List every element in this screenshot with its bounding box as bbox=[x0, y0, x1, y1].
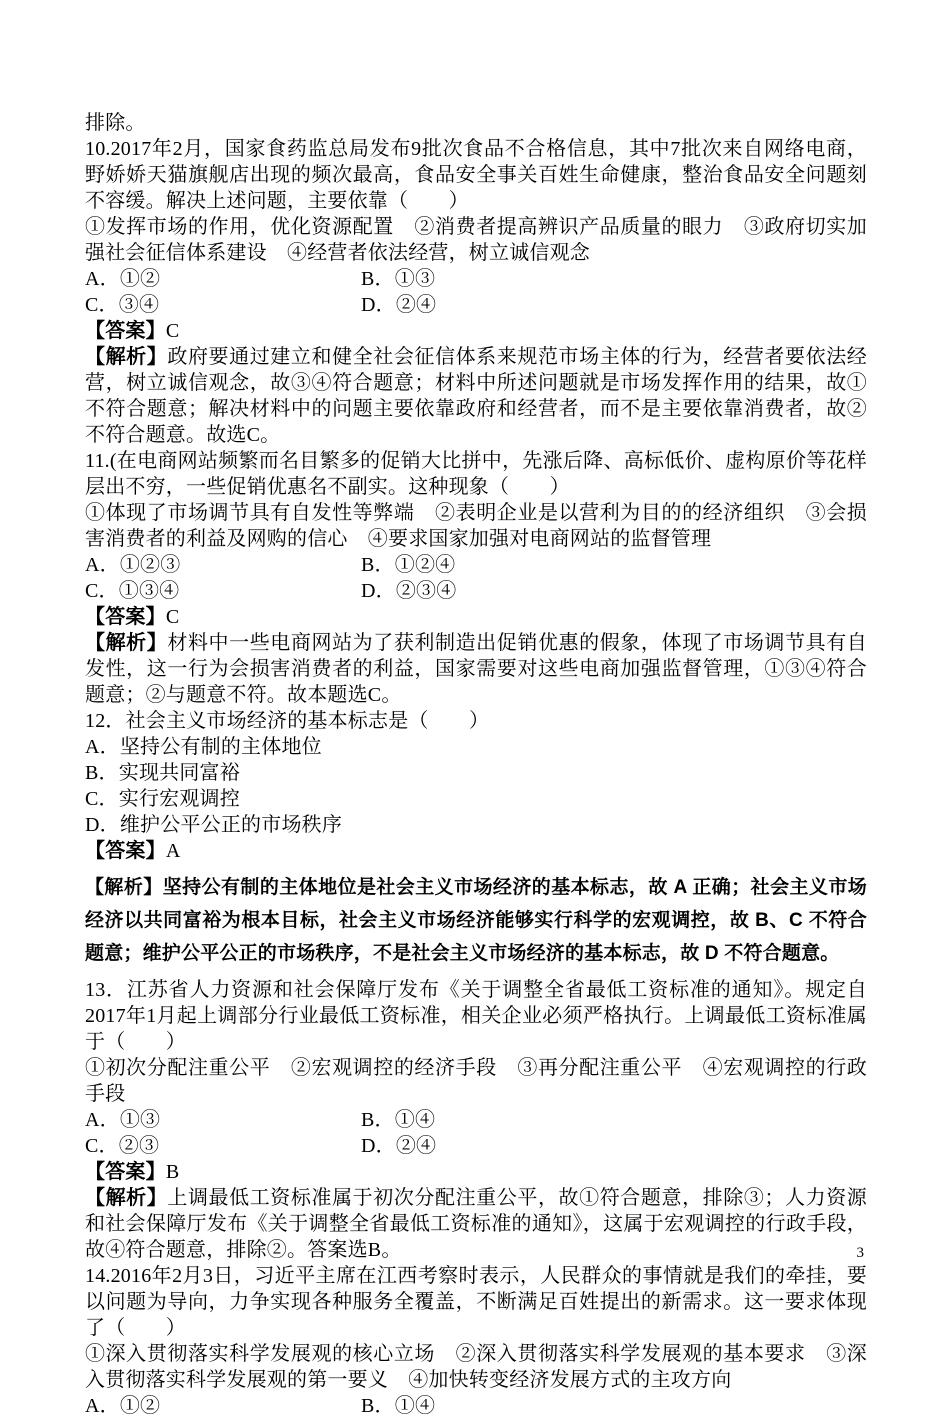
analysis-label: 【解析】 bbox=[85, 1187, 167, 1209]
question-13-option-a: A．①③ bbox=[85, 1107, 361, 1133]
analysis-label: 【解析】 bbox=[85, 632, 167, 654]
question-10-option-a: A．①② bbox=[85, 266, 361, 292]
question-11-answer-line: 【答案】C bbox=[85, 604, 867, 630]
question-11-option-c: C．①③④ bbox=[85, 578, 361, 604]
question-13-answer-line: 【答案】B bbox=[85, 1159, 867, 1185]
question-10-items: ①发挥市场的作用，优化资源配置 ②消费者提高辨识产品质量的眼力 ③政府切实加强社… bbox=[85, 214, 867, 266]
question-13-option-row-1: A．①③ B．①④ bbox=[85, 1107, 867, 1133]
question-11-option-a: A．①②③ bbox=[85, 552, 361, 578]
question-10-answer-line: 【答案】C bbox=[85, 318, 867, 344]
page-number: 3 bbox=[857, 1244, 865, 1262]
question-10-option-c: C．③④ bbox=[85, 292, 361, 318]
question-11-option-row-2: C．①③④ D．②③④ bbox=[85, 578, 867, 604]
question-13-stem: 13．江苏省人力资源和社会保障厅发布《关于调整全省最低工资标准的通知》。规定自2… bbox=[85, 977, 867, 1055]
question-13-answer: B bbox=[166, 1161, 180, 1183]
question-11-analysis-line: 【解析】材料中一些电商网站为了获利制造出促销优惠的假象，体现了市场调节具有自发性… bbox=[85, 630, 867, 708]
answer-label: 【答案】 bbox=[85, 320, 166, 342]
question-11-answer: C bbox=[166, 606, 180, 628]
analysis-label: 【解析】 bbox=[85, 877, 163, 898]
document-page: 排除。 10.2017年2月，国家食药监总局发布9批次食品不合格信息，其中7批次… bbox=[85, 110, 867, 1419]
question-12-option-a: A．坚持公有制的主体地位 bbox=[85, 734, 867, 760]
question-10-option-row-1: A．①② B．①③ bbox=[85, 266, 867, 292]
answer-label: 【答案】 bbox=[85, 606, 166, 628]
answer-label: 【答案】 bbox=[85, 840, 166, 862]
question-13-option-b: B．①④ bbox=[361, 1107, 435, 1133]
question-13-option-row-2: C．②③ D．②④ bbox=[85, 1133, 867, 1159]
question-12-analysis-line: 【解析】坚持公有制的主体地位是社会主义市场经济的基本标志，故 A 正确；社会主义… bbox=[85, 871, 867, 970]
question-14-option-b: B．①④ bbox=[361, 1393, 435, 1419]
question-12-answer-line: 【答案】A bbox=[85, 838, 867, 864]
question-12-stem: 12．社会主义市场经济的基本标志是（ ） bbox=[85, 708, 867, 734]
question-11-option-row-1: A．①②③ B．①②④ bbox=[85, 552, 867, 578]
question-10-analysis: 政府要通过建立和健全社会征信体系来规范市场主体的行为，经营者要依法经营，树立诚信… bbox=[85, 346, 867, 446]
question-11-option-d: D．②③④ bbox=[361, 578, 456, 604]
question-10-option-d: D．②④ bbox=[361, 292, 436, 318]
question-10-option-b: B．①③ bbox=[361, 266, 435, 292]
question-11-stem: 11.(在电商网站频繁而名目繁多的促销大比拼中，先涨后降、高标低价、虚构原价等花… bbox=[85, 448, 867, 500]
question-14-items: ①深入贯彻落实科学发展观的核心立场 ②深入贯彻落实科学发展观的基本要求 ③深入贯… bbox=[85, 1341, 867, 1393]
question-12-answer: A bbox=[166, 840, 181, 862]
question-13-analysis: 上调最低工资标准属于初次分配注重公平，故①符合题意，排除③；人力资源和社会保障厅… bbox=[85, 1187, 867, 1261]
question-10-stem: 10.2017年2月，国家食药监总局发布9批次食品不合格信息，其中7批次来自网络… bbox=[85, 136, 867, 214]
question-13-option-d: D．②④ bbox=[361, 1133, 436, 1159]
answer-label: 【答案】 bbox=[85, 1161, 166, 1183]
question-14-option-row-1: A．①② B．①④ bbox=[85, 1393, 867, 1419]
leftover-text: 排除。 bbox=[85, 110, 867, 136]
question-10-option-row-2: C．③④ D．②④ bbox=[85, 292, 867, 318]
question-12-option-b: B．实现共同富裕 bbox=[85, 760, 867, 786]
question-10-analysis-line: 【解析】政府要通过建立和健全社会征信体系来规范市场主体的行为，经营者要依法经营，… bbox=[85, 344, 867, 448]
question-13-option-c: C．②③ bbox=[85, 1133, 361, 1159]
question-12-option-c: C．实行宏观调控 bbox=[85, 786, 867, 812]
question-11-items: ①体现了市场调节具有自发性等弊端 ②表明企业是以营利为目的的经济组织 ③会损害消… bbox=[85, 500, 867, 552]
question-13-items: ①初次分配注重公平 ②宏观调控的经济手段 ③再分配注重公平 ④宏观调控的行政手段 bbox=[85, 1055, 867, 1107]
question-11-analysis: 材料中一些电商网站为了获利制造出促销优惠的假象，体现了市场调节具有自发性，这一行… bbox=[85, 632, 867, 706]
question-14-stem: 14.2016年2月3日，习近平主席在江西考察时表示，人民群众的事情就是我们的牵… bbox=[85, 1263, 867, 1341]
analysis-label: 【解析】 bbox=[85, 346, 167, 368]
question-10-answer: C bbox=[166, 320, 180, 342]
question-12-analysis: 坚持公有制的主体地位是社会主义市场经济的基本标志，故 A 正确；社会主义市场经济… bbox=[85, 877, 867, 964]
question-11-option-b: B．①②④ bbox=[361, 552, 455, 578]
question-13-analysis-line: 【解析】上调最低工资标准属于初次分配注重公平，故①符合题意，排除③；人力资源和社… bbox=[85, 1185, 867, 1263]
question-14-option-a: A．①② bbox=[85, 1393, 361, 1419]
question-12-option-d: D．维护公平公正的市场秩序 bbox=[85, 812, 867, 838]
